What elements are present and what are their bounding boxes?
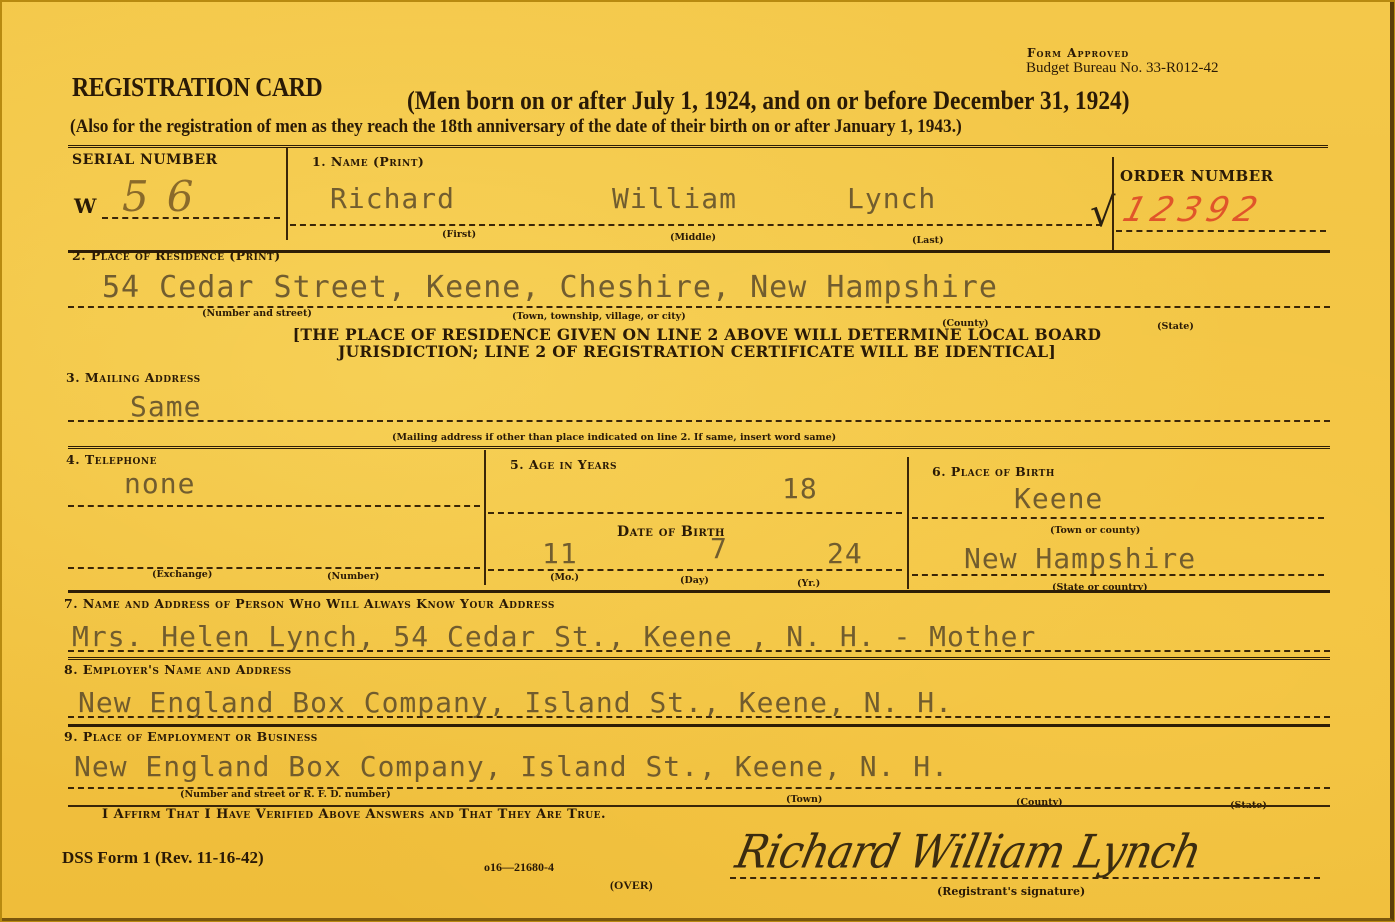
telephone-number-line xyxy=(68,567,480,569)
employment-place-label: 9. Place of Employment or Business xyxy=(64,729,318,744)
eligibility-subtitle: (Also for the registration of men as the… xyxy=(70,116,962,138)
last-name: Lynch xyxy=(847,182,936,215)
name-label: 1. Name (Print) xyxy=(312,154,424,169)
age-label: 5. Age in Years xyxy=(510,457,617,472)
town-caption: (Town, township, village, or city) xyxy=(512,311,686,322)
budget-bureau-number: Budget Bureau No. 33-R012-42 xyxy=(1026,60,1218,77)
dob-line xyxy=(488,569,902,571)
signature-caption: (Registrant's signature) xyxy=(937,885,1085,898)
age-line xyxy=(488,512,902,514)
exchange-caption: (Exchange) xyxy=(152,569,212,580)
form-id: DSS Form 1 (Rev. 11-16-42) xyxy=(62,848,264,868)
first-caption: (First) xyxy=(442,229,476,240)
mailing-value: Same xyxy=(130,390,201,423)
street-rfd-caption: (Number and street or R. F. D. number) xyxy=(180,789,391,800)
telephone-line xyxy=(68,505,480,507)
jurisdiction-notice-line-2: JURISDICTION; LINE 2 OF REGISTRATION CER… xyxy=(162,343,1232,360)
signature-line xyxy=(730,877,1320,879)
print-code: o16—21680-4 xyxy=(484,860,554,875)
mailing-line xyxy=(68,420,1330,422)
divider xyxy=(484,450,486,585)
street-caption: (Number and street) xyxy=(202,308,312,319)
middle-name: William xyxy=(612,182,737,215)
row-rule xyxy=(68,590,1330,593)
registration-card: Form Approved Budget Bureau No. 33-R012-… xyxy=(2,2,1394,921)
row-rule xyxy=(68,446,1330,452)
affirmation-text: I Affirm That I Have Verified Above Answ… xyxy=(102,807,606,822)
first-name: Richard xyxy=(330,182,455,215)
row-rule xyxy=(68,724,1330,727)
year-caption: (Yr.) xyxy=(797,578,820,589)
name-line xyxy=(290,224,1102,226)
employer-line xyxy=(68,716,1330,718)
eligibility-range: (Men born on or after July 1, 1924, and … xyxy=(407,86,1130,116)
birth-state-line xyxy=(912,574,1324,576)
contact-value: Mrs. Helen Lynch, 54 Cedar St., Keene , … xyxy=(72,620,1036,653)
birth-town-line xyxy=(912,517,1324,519)
birth-town: Keene xyxy=(1014,482,1103,515)
birth-town-caption: (Town or county) xyxy=(1050,525,1140,536)
form-approved-label: Form Approved xyxy=(1027,46,1129,60)
order-number-label: ORDER NUMBER xyxy=(1120,167,1274,185)
number-caption: (Number) xyxy=(327,571,379,582)
employment-place-value: New England Box Company, Island St., Kee… xyxy=(74,750,949,783)
last-caption: (Last) xyxy=(912,235,944,246)
header-rule xyxy=(68,145,1328,151)
employment-town-caption: (Town) xyxy=(786,794,822,805)
date-of-birth-label: Date of Birth xyxy=(617,524,725,540)
serial-prefix: W xyxy=(74,194,96,218)
order-line xyxy=(1116,230,1326,232)
residence-value: 54 Cedar Street, Keene, Cheshire, New Ha… xyxy=(102,270,998,305)
place-of-birth-label: 6. Place of Birth xyxy=(932,464,1055,479)
month-caption: (Mo.) xyxy=(550,572,579,583)
contact-line xyxy=(68,650,1330,652)
telephone-value: none xyxy=(124,467,195,500)
over-label: (OVER) xyxy=(610,878,653,893)
telephone-label: 4. Telephone xyxy=(66,452,157,467)
order-number-value: 12392 xyxy=(1119,190,1268,230)
employer-label: 8. Employer's Name and Address xyxy=(64,662,292,677)
card-title: REGISTRATION CARD xyxy=(72,72,322,103)
birth-year: 24 xyxy=(827,537,863,570)
registrant-signature: Richard William Lynch xyxy=(731,825,1205,879)
serial-line xyxy=(102,217,280,219)
mailing-caption: (Mailing address if other than place ind… xyxy=(392,432,836,443)
age-value: 18 xyxy=(782,472,818,505)
divider xyxy=(1112,157,1114,252)
middle-caption: (Middle) xyxy=(670,232,716,243)
serial-number-value: 56 xyxy=(122,172,211,221)
mailing-label: 3. Mailing Address xyxy=(66,370,201,385)
residence-label: 2. Place of Residence (Print) xyxy=(72,248,281,263)
serial-number-label: SERIAL NUMBER xyxy=(72,152,218,168)
employer-value: New England Box Company, Island St., Kee… xyxy=(78,686,953,719)
day-caption: (Day) xyxy=(680,575,709,586)
divider xyxy=(907,457,909,589)
birth-day: 7 xyxy=(710,532,728,565)
divider xyxy=(286,148,288,240)
birth-state: New Hampshire xyxy=(964,542,1196,575)
jurisdiction-notice-line-1: [THE PLACE OF RESIDENCE GIVEN ON LINE 2 … xyxy=(162,326,1232,343)
contact-label: 7. Name and Address of Person Who Will A… xyxy=(64,596,555,611)
birth-month: 11 xyxy=(542,537,578,570)
